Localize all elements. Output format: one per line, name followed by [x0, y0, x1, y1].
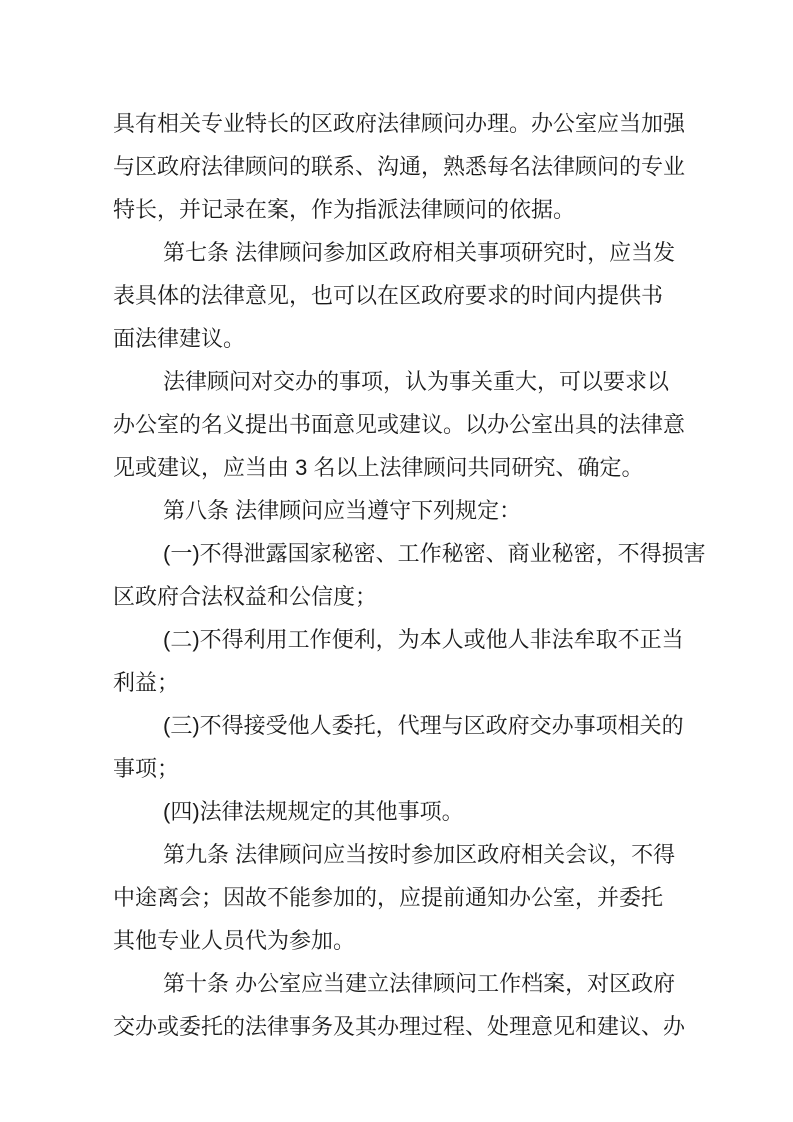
paragraph: 第七条 法律顾问参加区政府相关事项研究时，应当发表具体的法律意见，也可以在区政府… [113, 231, 691, 360]
text-line: 交办或委托的法律事务及其办理过程、处理意见和建议、办 [113, 1005, 691, 1048]
text-line: 面法律建议。 [113, 317, 691, 360]
text-line: 法律顾问对交办的事项，认为事关重大，可以要求以 [113, 360, 691, 403]
paragraph: 第九条 法律顾问应当按时参加区政府相关会议，不得中途离会；因故不能参加的，应提前… [113, 833, 691, 962]
text-line: 第九条 法律顾问应当按时参加区政府相关会议，不得 [113, 833, 691, 876]
text-line: 第七条 法律顾问参加区政府相关事项研究时，应当发 [113, 231, 691, 274]
paragraph: 第十条 办公室应当建立法律顾问工作档案，对区政府交办或委托的法律事务及其办理过程… [113, 962, 691, 1048]
text-line: 与区政府法律顾问的联系、沟通，熟悉每名法律顾问的专业 [113, 145, 691, 188]
paragraph: 具有相关专业特长的区政府法律顾问办理。办公室应当加强与区政府法律顾问的联系、沟通… [113, 102, 691, 231]
text-line: 办公室的名义提出书面意见或建议。以办公室出具的法律意 [113, 403, 691, 446]
text-line: 其他专业人员代为参加。 [113, 919, 691, 962]
paragraph: 第八条 法律顾问应当遵守下列规定： [113, 489, 691, 532]
text-line: 表具体的法律意见，也可以在区政府要求的时间内提供书 [113, 274, 691, 317]
paragraph: (四)法律法规规定的其他事项。 [113, 790, 691, 833]
paragraph: 法律顾问对交办的事项，认为事关重大，可以要求以办公室的名义提出书面意见或建议。以… [113, 360, 691, 489]
text-line: 具有相关专业特长的区政府法律顾问办理。办公室应当加强 [113, 102, 691, 145]
paragraph: (三)不得接受他人委托，代理与区政府交办事项相关的事项； [113, 704, 691, 790]
document-body: 具有相关专业特长的区政府法律顾问办理。办公室应当加强与区政府法律顾问的联系、沟通… [113, 102, 691, 1048]
text-line: 见或建议，应当由 3 名以上法律顾问共同研究、确定。 [113, 446, 691, 489]
paragraph: (二)不得利用工作便利，为本人或他人非法牟取不正当利益； [113, 618, 691, 704]
text-line: 特长，并记录在案，作为指派法律顾问的依据。 [113, 188, 691, 231]
text-line: 事项； [113, 747, 691, 790]
text-line: 第十条 办公室应当建立法律顾问工作档案，对区政府 [113, 962, 691, 1005]
text-line: 利益； [113, 661, 691, 704]
text-line: 第八条 法律顾问应当遵守下列规定： [113, 489, 691, 532]
text-line: (一)不得泄露国家秘密、工作秘密、商业秘密，不得损害 [113, 532, 691, 575]
text-line: (二)不得利用工作便利，为本人或他人非法牟取不正当 [113, 618, 691, 661]
text-line: 中途离会；因故不能参加的，应提前通知办公室，并委托 [113, 876, 691, 919]
text-line: (四)法律法规规定的其他事项。 [113, 790, 691, 833]
paragraph: (一)不得泄露国家秘密、工作秘密、商业秘密，不得损害区政府合法权益和公信度； [113, 532, 691, 618]
text-line: 区政府合法权益和公信度； [113, 575, 691, 618]
text-line: (三)不得接受他人委托，代理与区政府交办事项相关的 [113, 704, 691, 747]
document-page: 具有相关专业特长的区政府法律顾问办理。办公室应当加强与区政府法律顾问的联系、沟通… [0, 0, 793, 1122]
